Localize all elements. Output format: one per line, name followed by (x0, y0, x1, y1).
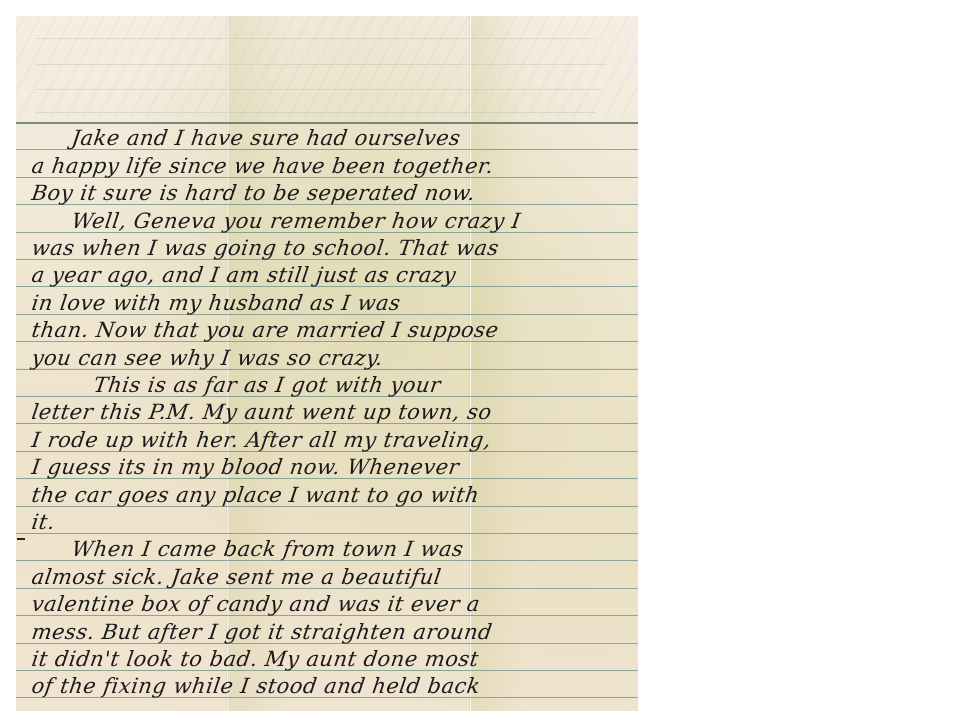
handwritten-line: it didn't look to bad. My aunt done most (30, 646, 634, 672)
handwritten-line: mess. But after I got it straighten arou… (30, 619, 634, 645)
handwritten-line: than. Now that you are married I suppose (30, 317, 634, 343)
handwritten-line: I guess its in my blood now. Whenever (30, 454, 634, 480)
scan-viewer: Jake and I have sure had ourselvesa happ… (0, 0, 960, 720)
handwritten-line: Boy it sure is hard to be seperated now. (30, 180, 634, 206)
letter-body: Jake and I have sure had ourselvesa happ… (16, 16, 638, 711)
handwritten-line: When I came back from town I was (30, 536, 634, 562)
top-rule-line (16, 122, 638, 124)
handwritten-line: I rode up with her. After all my traveli… (30, 427, 634, 453)
handwritten-line: of the fixing while I stood and held bac… (30, 673, 634, 699)
handwritten-line: was when I was going to school. That was (30, 235, 634, 261)
handwritten-line: This is as far as I got with your (30, 372, 634, 398)
margin-mark (17, 538, 25, 540)
handwritten-line: the car goes any place I want to go with (30, 482, 634, 508)
handwritten-line: a happy life since we have been together… (30, 153, 634, 179)
handwritten-line: you can see why I was so crazy. (30, 345, 634, 371)
handwritten-line: Well, Geneva you remember how crazy I (30, 208, 634, 234)
handwritten-line: letter this P.M. My aunt went up town, s… (30, 399, 634, 425)
handwritten-line: in love with my husband as I was (30, 290, 634, 316)
handwritten-line: almost sick. Jake sent me a beautiful (30, 564, 634, 590)
handwritten-line: a year ago, and I am still just as crazy (30, 262, 634, 288)
handwritten-line: valentine box of candy and was it ever a (30, 591, 634, 617)
letter-page: Jake and I have sure had ourselvesa happ… (16, 16, 638, 711)
handwritten-line: Jake and I have sure had ourselves (30, 125, 634, 151)
handwritten-line: it. (30, 509, 634, 535)
